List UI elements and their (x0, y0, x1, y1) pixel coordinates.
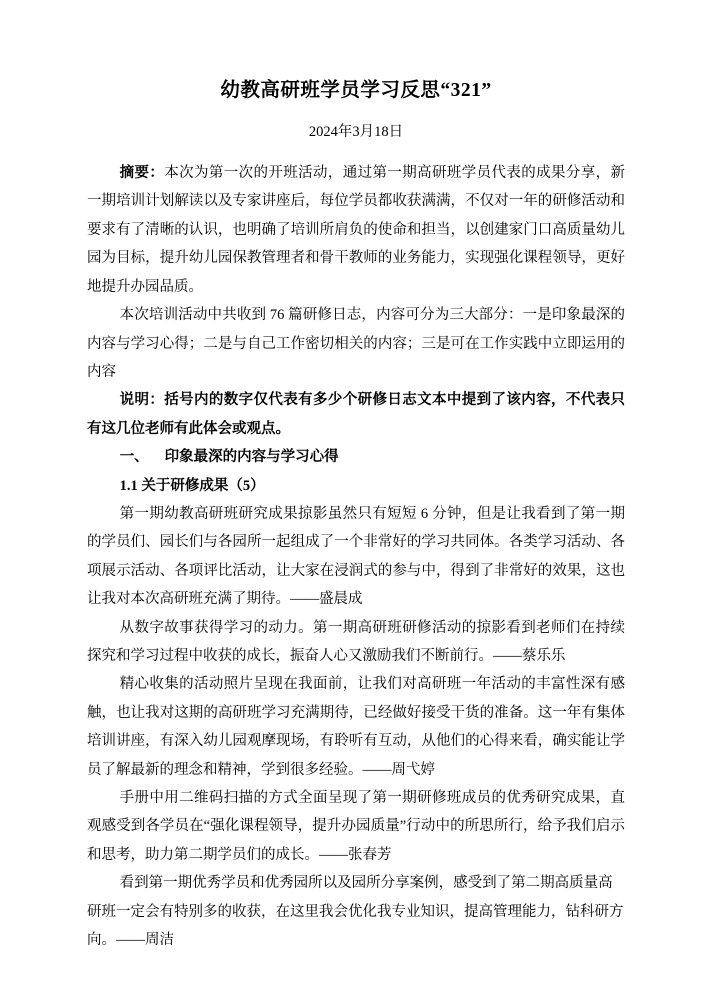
abstract-label: 摘要： (120, 165, 165, 181)
document-body: 摘要：本次为第一次的开班活动，通过第一期高研班学员代表的成果分享，新一期培训计划… (87, 159, 625, 954)
section-heading-text: 印象最深的内容与学习心得 (165, 449, 339, 465)
section-heading: 一、印象最深的内容与学习心得 (87, 443, 625, 471)
sub-heading-text: 1.1 关于研修成果（5） (120, 478, 265, 494)
reflection-paragraph: 看到第一期优秀学员和优秀园所以及园所分享案例，感受到了第二期高质量高研班一定会有… (87, 869, 625, 954)
note-paragraph: 说明：括号内的数字仅代表有多少个研修日志文本中提到了该内容，不代表只有这几位老师… (87, 386, 625, 443)
overview-text: 本次培训活动中共收到 76 篇研修日志，内容可分为三大部分：一是印象最深的内容与… (87, 307, 625, 380)
reflection-paragraph: 第一期幼教高研班研究成果掠影虽然只有短短 6 分钟，但是让我看到了第一期的学员们… (87, 500, 625, 614)
sub-heading: 1.1 关于研修成果（5） (87, 472, 625, 500)
reflection-text-3: 精心收集的活动照片呈现在我面前，让我们对高研班一年活动的丰富性深有感触，也让我对… (87, 676, 625, 777)
reflection-text-1: 第一期幼教高研班研究成果掠影虽然只有短短 6 分钟，但是让我看到了第一期的学员们… (87, 506, 625, 607)
abstract-text: 本次为第一次的开班活动，通过第一期高研班学员代表的成果分享，新一期培训计划解读以… (87, 165, 625, 295)
note-text: 说明：括号内的数字仅代表有多少个研修日志文本中提到了该内容，不代表只有这几位老师… (87, 392, 625, 436)
reflection-text-5: 看到第一期优秀学员和优秀园所以及园所分享案例，感受到了第二期高质量高研班一定会有… (87, 875, 624, 948)
reflection-text-4: 手册中用二维码扫描的方式全面呈现了第一期研修班成员的优秀研究成果，直观感受到各学… (87, 790, 625, 863)
document-date: 2024年3月18日 (87, 119, 625, 145)
overview-paragraph: 本次培训活动中共收到 76 篇研修日志，内容可分为三大部分：一是印象最深的内容与… (87, 301, 625, 386)
section-heading-numbering: 一、 (120, 449, 149, 465)
document-page: 幼教高研班学员学习反思“321” 2024年3月18日 摘要：本次为第一次的开班… (0, 0, 707, 999)
reflection-paragraph: 手册中用二维码扫描的方式全面呈现了第一期研修班成员的优秀研究成果，直观感受到各学… (87, 784, 625, 869)
document-title: 幼教高研班学员学习反思“321” (87, 77, 625, 105)
abstract-paragraph: 摘要：本次为第一次的开班活动，通过第一期高研班学员代表的成果分享，新一期培训计划… (87, 159, 625, 301)
reflection-paragraph: 精心收集的活动照片呈现在我面前，让我们对高研班一年活动的丰富性深有感触，也让我对… (87, 670, 625, 784)
reflection-paragraph: 从数字故事获得学习的动力。第一期高研班研修活动的掠影看到老师们在持续探究和学习过… (87, 614, 625, 671)
reflection-text-2: 从数字故事获得学习的动力。第一期高研班研修活动的掠影看到老师们在持续探究和学习过… (87, 620, 625, 664)
